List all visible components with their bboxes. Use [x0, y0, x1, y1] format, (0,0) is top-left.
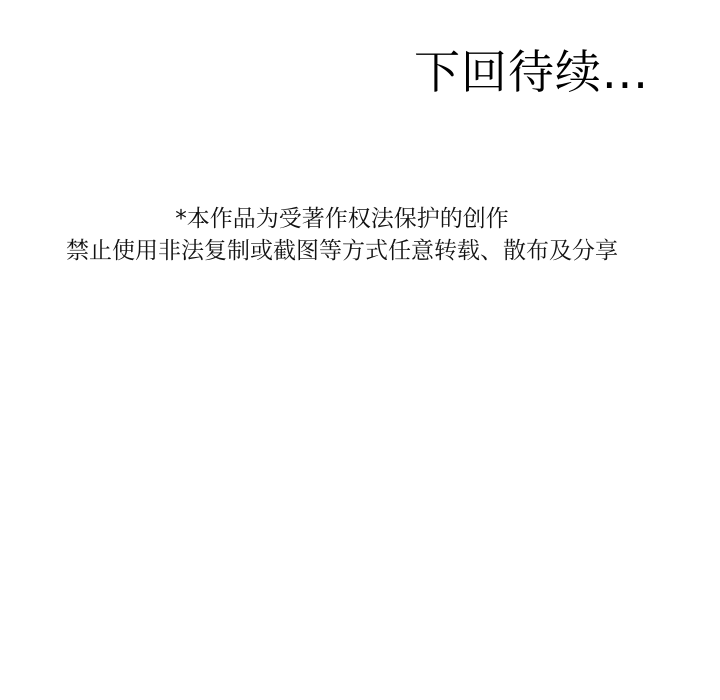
to-be-continued-title: 下回待续... [414, 44, 649, 100]
copyright-notice-line-2: 禁止使用非法复制或截图等方式任意转载、散布及分享 [0, 235, 684, 267]
copyright-notice: *本作品为受著作权法保护的创作 禁止使用非法复制或截图等方式任意转载、散布及分享 [0, 203, 684, 267]
copyright-notice-line-1: *本作品为受著作权法保护的创作 [0, 203, 684, 235]
